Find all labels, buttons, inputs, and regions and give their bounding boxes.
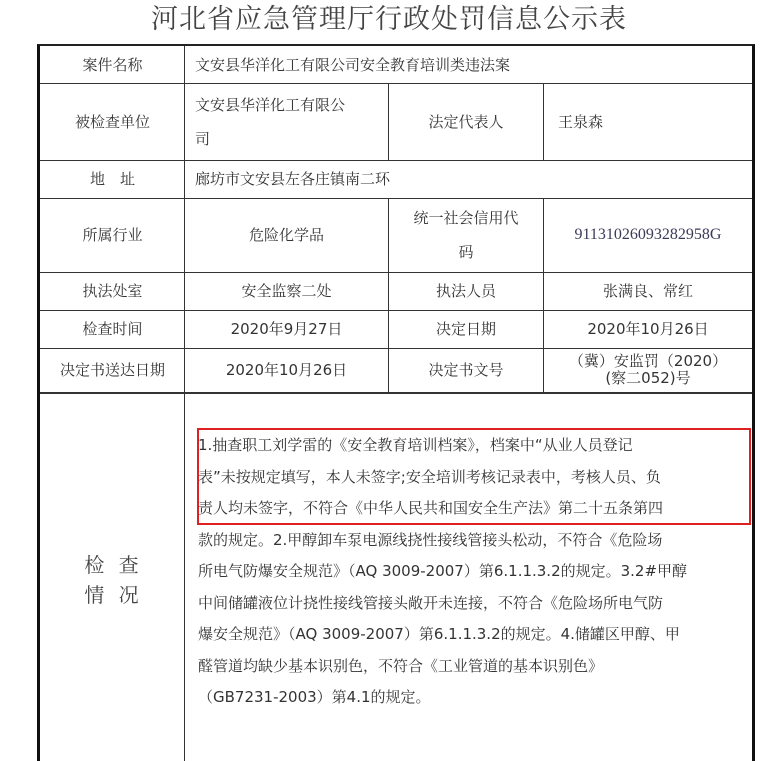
details-line: 表”未按规定填写，本人未签字;安全培训考核记录表中，考核人员、负 [198,462,752,494]
case-name-value: 文安县华洋化工有限公司安全教育培训类违法案 [185,46,752,83]
decision-number-label: 决定书文号 [389,348,543,392]
inspected-unit-line2: 司 [195,122,210,156]
industry-label: 所属行业 [40,198,185,272]
inspection-details-label: 检 查 情 况 [40,394,187,761]
case-name-label: 案件名称 [40,46,185,83]
details-line: 1.抽查职工刘学雷的《安全教育培训档案》，档案中“从业人员登记 [198,430,752,462]
enforcement-office-value: 安全监察二处 [185,272,388,310]
credit-code-label: 统一社会信用代 码 [389,198,543,272]
inspection-details-label-line1: 检 查 [84,550,142,580]
inspected-unit-line1: 文安县华洋化工有限公 [195,88,345,122]
details-line: 所电气防爆安全规范》（AQ 3009-2007）第6.1.1.3.2的规定。3.… [198,556,752,588]
credit-code-value: 91131026093282958G [544,198,752,272]
address-value: 廊坊市文安县左各庄镇南二环 [185,160,752,198]
industry-value: 危险化学品 [185,198,388,272]
details-line: 爆安全规范》（AQ 3009-2007）第6.1.1.3.2的规定。4.储罐区甲… [198,619,752,651]
legal-rep-label: 法定代表人 [389,83,543,160]
details-line: 醛管道均缺少基本识别色，不符合《工业管道的基本识别色》 [198,651,752,683]
delivery-date-value: 2020年10月26日 [185,348,388,392]
decision-date-label: 决定日期 [389,310,543,348]
penalty-info-table: 案件名称 文安县华洋化工有限公司安全教育培训类违法案 被检查单位 文安县华洋化工… [37,44,755,761]
inspection-time-value: 2020年9月27日 [185,310,388,348]
document-title: 河北省应急管理厅行政处罚信息公示表 [0,2,778,38]
details-line: 责人均未签字，不符合《中华人民共和国安全生产法》第二十五条第四 [198,493,752,525]
details-line: 中间储罐液位计挠性接线管接头敞开未连接，不符合《危险场所电气防 [198,588,752,620]
legal-rep-value: 王泉森 [544,83,752,160]
delivery-date-label: 决定书送达日期 [40,348,185,392]
enforcement-office-label: 执法处室 [40,272,185,310]
decision-number-line2: (察二052)号 [605,370,690,387]
credit-code-label-line1: 统一社会信用代 [413,201,518,235]
details-line: （GB7231-2003）第4.1的规定。 [198,682,752,714]
inspection-details-text: 1.抽查职工刘学雷的《安全教育培训档案》，档案中“从业人员登记 表”未按规定填写… [196,430,752,714]
decision-number-line1: （冀）安监罚（2020） [569,353,727,370]
address-label: 地 址 [40,160,185,198]
enforcement-staff-label: 执法人员 [389,272,543,310]
inspection-details-label-line2: 情 况 [84,580,142,610]
decision-number-value: （冀）安监罚（2020） (察二052)号 [544,348,752,392]
inspection-time-label: 检查时间 [40,310,185,348]
enforcement-staff-value: 张满良、常红 [544,272,752,310]
decision-date-value: 2020年10月26日 [544,310,752,348]
inspected-unit-value: 文安县华洋化工有限公 司 [185,83,388,160]
credit-code-label-line2: 码 [458,235,473,269]
details-line: 款的规定。2.甲醇卸车泵电源线挠性接线管接头松动，不符合《危险场 [198,525,752,557]
inspected-unit-label: 被检查单位 [40,83,185,160]
